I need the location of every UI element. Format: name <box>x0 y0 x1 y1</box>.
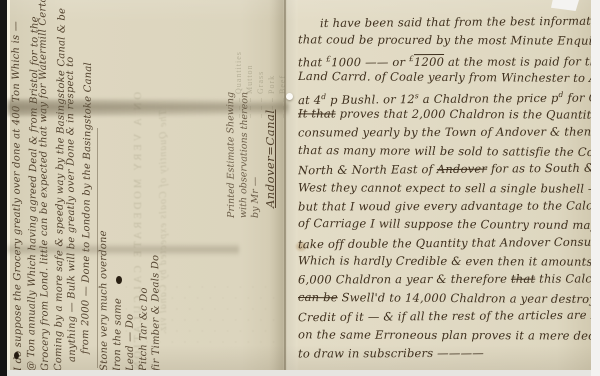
text-segment: for as to South & South <box>487 160 591 175</box>
rotated-manuscript-line: Pitch Tar &c Do <box>138 287 150 371</box>
manuscript-scan: ON A VERY MODERATE CALCULATION The Quant… <box>0 0 600 376</box>
ink-blot <box>116 276 122 284</box>
paper-edge-highlight <box>7 0 10 371</box>
rotated-manuscript-line: Lead — Do <box>125 314 136 371</box>
scan-edge-black <box>0 0 7 376</box>
text-segment: Swell'd to 14,000 Chaldron a year destro… <box>338 290 591 306</box>
ink-blot <box>14 352 19 359</box>
manuscript-line: on the same Erroneous plan proves it a m… <box>298 325 591 345</box>
text-segment: at the most is paid for the <box>444 54 591 69</box>
text-segment: for Carriage <box>564 90 591 105</box>
manuscript-line: but that I woud give every advantage to … <box>298 196 591 215</box>
manuscript-line: North & North East of Andover for as to … <box>298 159 591 180</box>
text-segment: proves that 2,000 Chaldron is the Quanti… <box>336 106 591 121</box>
right-page-handwriting: it have been said that from the best inf… <box>298 13 591 365</box>
paper-sheet: ON A VERY MODERATE CALCULATION The Quant… <box>7 0 591 371</box>
struck-word: Andover <box>437 162 487 176</box>
manuscript-line: of Carriage I will suppose the Country r… <box>298 214 591 234</box>
manuscript-line: West they cannot expect to sell a single… <box>298 178 591 198</box>
rotated-manuscript-line: by Mr — <box>250 177 261 218</box>
manuscript-line: 6,000 Chaldron a year & therefore that t… <box>298 270 591 289</box>
rotated-manuscript-line: I do suppose the Grocery greatly over do… <box>11 21 24 371</box>
rotated-manuscript-line: Iron the same <box>112 298 124 371</box>
manuscript-line: Land Carrd. of Coale yearly from Winches… <box>298 67 591 87</box>
text-segment: a Chaldron the price p <box>419 90 559 105</box>
horizontal-crease-upper <box>7 99 289 116</box>
manuscript-line: at 4d p Bushl. or 12s a Chaldron the pri… <box>298 85 591 106</box>
manuscript-line: consumed yearly by the Town of Andover &… <box>298 123 591 142</box>
scan-edge-right <box>591 0 600 376</box>
text-segment: this Calculation <box>535 272 591 286</box>
manuscript-line: that coud be procured by the most Minute… <box>298 31 591 51</box>
rotated-manuscript-line: Grocery from Lond. little can be expecte… <box>37 0 51 371</box>
manuscript-line: that £1000 —— or £1200 at the most is pa… <box>298 49 591 68</box>
manuscript-line: take off double the Quantity that Andove… <box>298 232 591 253</box>
text-segment: 1200 <box>414 55 444 69</box>
pinhole <box>286 93 293 100</box>
text-segment: 6,000 Chaldron a year & therefore <box>298 272 511 287</box>
rotated-manuscript-line: fir Timber & Deals Do <box>150 255 162 371</box>
manuscript-line: to draw in subscribers ———— <box>298 344 591 363</box>
manuscript-line: It that proves that 2,000 Chaldron is th… <box>298 104 591 124</box>
manuscript-line: that as many more will be sold to sattis… <box>298 141 591 161</box>
center-fold-line <box>284 0 286 371</box>
scan-edge-bottom <box>7 370 600 376</box>
struck-word: It that <box>298 106 336 120</box>
horizontal-crease-lower <box>7 243 239 256</box>
text-segment: North & North East of <box>298 162 437 177</box>
struck-word: can be <box>298 290 338 304</box>
manuscript-line: Credit of it — & if all the rest of the … <box>298 306 591 327</box>
struck-word: that <box>511 272 535 286</box>
manuscript-line: Which is hardly Credible & even then it … <box>298 251 591 271</box>
